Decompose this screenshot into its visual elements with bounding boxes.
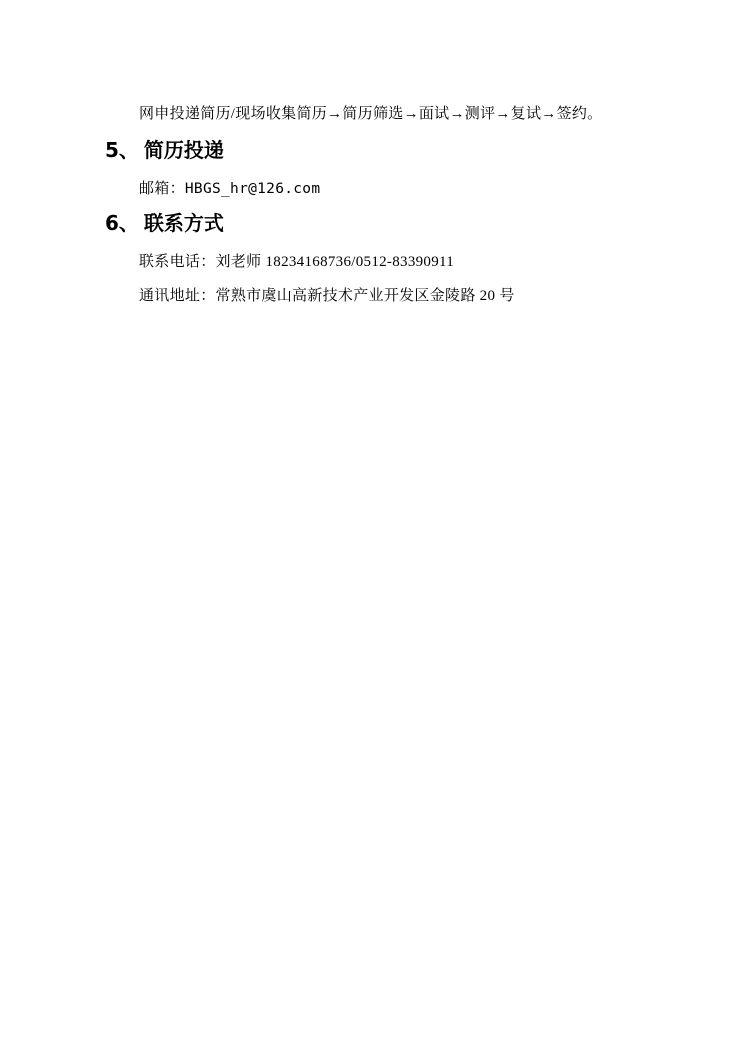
address-label: 通讯地址： (139, 288, 216, 304)
section-5-title: 简历投递 (144, 138, 224, 162)
recruitment-process-line: 网申投递简历/现场收集简历→简历筛选→面试→测评→复试→签约。 (139, 105, 602, 124)
phone-value: 刘老师 18234168736/0512-83390911 (216, 254, 455, 270)
section-6-title: 联系方式 (144, 211, 224, 235)
section-5-number: 5、 (105, 138, 139, 162)
phone-label: 联系电话： (139, 254, 216, 270)
phone-line: 联系电话：刘老师 18234168736/0512-83390911 (139, 253, 454, 272)
address-value: 常熟市虞山高新技术产业开发区金陵路 20 号 (216, 288, 515, 304)
section-6-number: 6、 (105, 211, 139, 235)
address-line: 通讯地址：常熟市虞山高新技术产业开发区金陵路 20 号 (139, 287, 515, 306)
email-address: HBGS_hr@126.com (185, 181, 320, 197)
email-label: 邮箱： (139, 181, 185, 197)
section-5-heading: 5、简历投递 (105, 137, 224, 163)
document-page: 网申投递简历/现场收集简历→简历筛选→面试→测评→复试→签约。 5、简历投递 邮… (0, 0, 744, 1051)
section-6-heading: 6、联系方式 (105, 210, 224, 236)
email-line: 邮箱：HBGS_hr@126.com (139, 180, 320, 199)
